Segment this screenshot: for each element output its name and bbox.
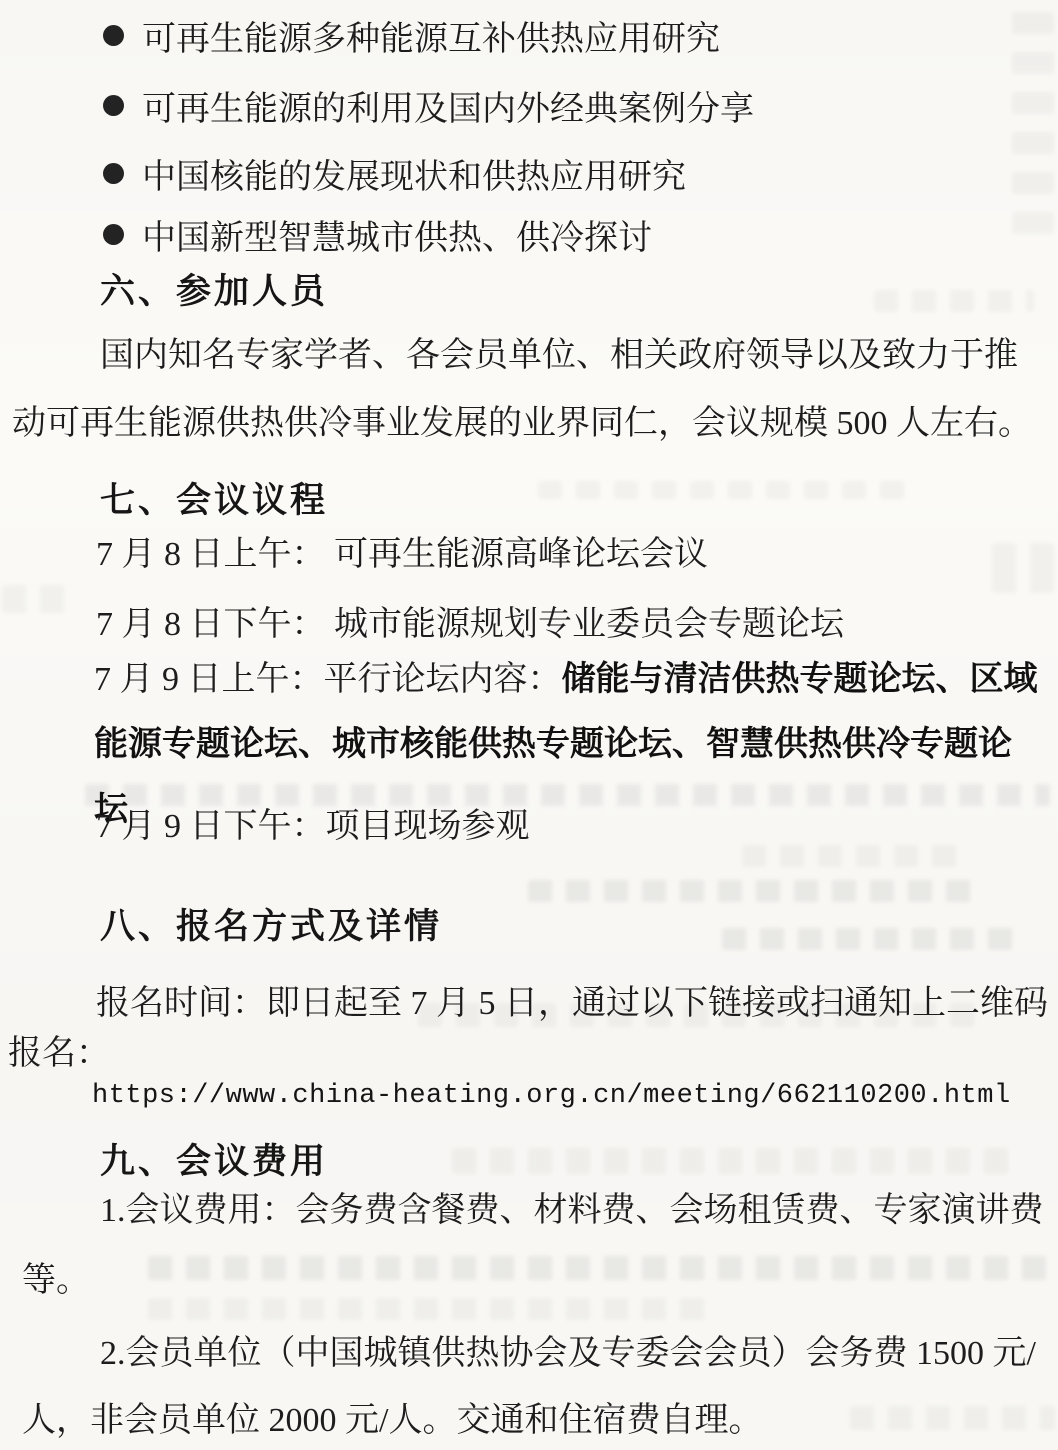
bleedthrough-mark (538, 481, 906, 499)
bullet-item: 中国核能的发展现状和供热应用研究 (103, 149, 686, 198)
agenda-item-jul9-pm: 7 月 9 日下午：项目现场参观 (96, 807, 530, 848)
bleedthrough-mark (2, 585, 68, 613)
agenda-jul9-am-prefix: 7 月 9 日上午：平行论坛内容： (94, 661, 562, 698)
bullet-item: 可再生能源的利用及国内外经典案例分享 (103, 81, 754, 130)
registration-url: https://www.china-heating.org.cn/meeting… (92, 1081, 1011, 1111)
agenda-item-jul8-am: 7 月 8 日上午： 可再生能源高峰论坛会议 (96, 535, 708, 576)
bullet-item: 可再生能源多种能源互补供热应用研究 (103, 11, 720, 60)
bullet-item: 中国新型智慧城市供热、供冷探讨 (103, 210, 652, 259)
bleedthrough-mark (874, 290, 1034, 312)
bleedthrough-mark (722, 928, 1022, 950)
bullet-icon (103, 95, 124, 116)
fees-item-2: 2.会员单位（中国城镇供热协会及专委会会员）会务费 1500 元/人，非会员单位… (22, 1320, 1044, 1450)
fees-item-1: 1.会议费用：会务费含餐费、材料费、会场租赁费、专家演讲费等。 (22, 1176, 1044, 1316)
bullet-text: 可再生能源的利用及国内外经典案例分享 (142, 81, 754, 130)
document-page: 可再生能源多种能源互补供热应用研究 可再生能源的利用及国内外经典案例分享 中国核… (0, 0, 1058, 1450)
bullet-icon (103, 163, 124, 184)
section-heading-agenda: 七、会议议程 (100, 473, 328, 523)
bleedthrough-mark (742, 845, 957, 867)
bullet-text: 中国核能的发展现状和供热应用研究 (142, 149, 686, 198)
bullet-icon (103, 25, 124, 46)
bullet-text: 可再生能源多种能源互补供热应用研究 (142, 11, 720, 60)
section-heading-participants: 六、参加人员 (100, 264, 328, 314)
agenda-item-jul8-pm: 7 月 8 日下午： 城市能源规划专业委员会专题论坛 (96, 605, 844, 646)
bullet-icon (103, 224, 124, 245)
section-heading-registration: 八、报名方式及详情 (100, 899, 442, 949)
participants-body: 国内知名专家学者、各会员单位、相关政府领导以及致力于推动可再生能源供热供冷事业发… (12, 322, 1042, 458)
bleedthrough-mark (992, 543, 1054, 593)
bleedthrough-mark (1012, 8, 1054, 234)
bleedthrough-mark (528, 880, 973, 902)
bullet-text: 中国新型智慧城市供热、供冷探讨 (142, 210, 652, 259)
bleedthrough-mark (452, 1148, 1017, 1174)
registration-body: 报名时间：即日起至 7 月 5 日，通过以下链接或扫通知上二维码报名： (8, 979, 1052, 1079)
